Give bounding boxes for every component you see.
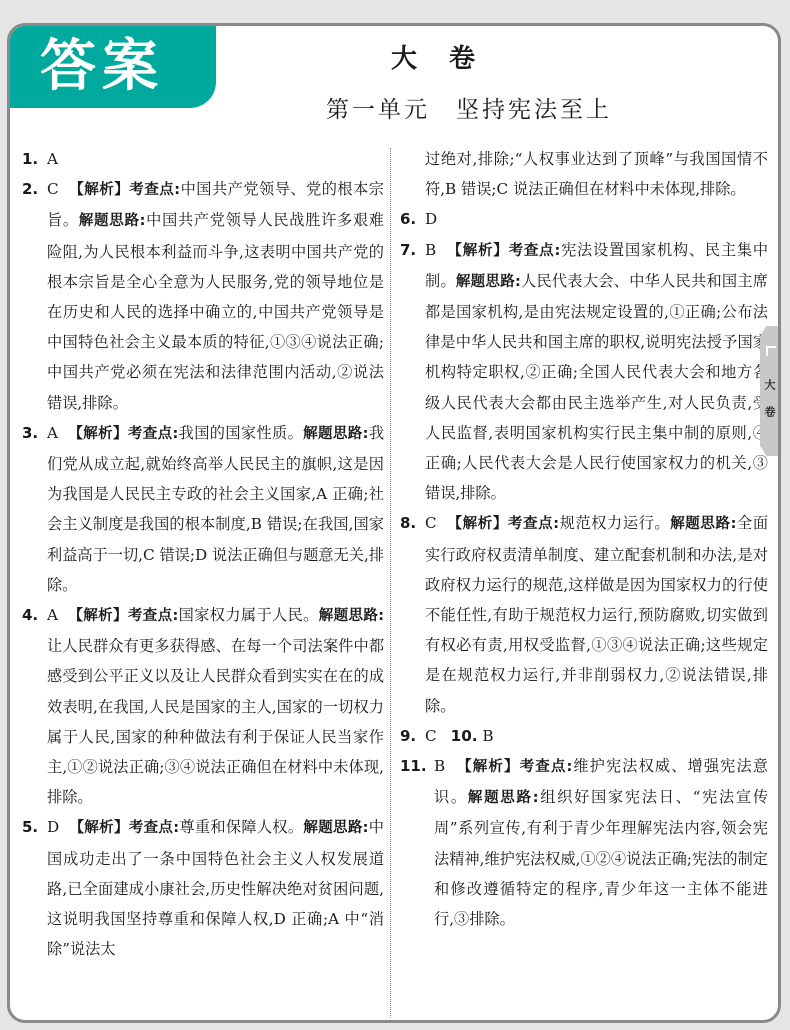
item-number: 9. [400, 721, 416, 751]
answer-item-4: 4. A 【解析】考查点:国家权力属于人民。解题思路:让人民群众有更多获得感、在… [22, 600, 384, 812]
solution-idea-label: 解题思路: [303, 820, 368, 836]
item-answer: D [425, 210, 437, 228]
solution-idea-label: 解题思路: [456, 274, 521, 290]
item-answer: A [47, 150, 58, 168]
item-number: 7. [400, 235, 416, 265]
analysis-tag: 【解析】 [68, 608, 128, 624]
item-number: 4. [22, 600, 38, 630]
item-answer: D [47, 818, 59, 836]
analysis-tag: 【解析】 [447, 243, 508, 259]
key-point: 规范权力运行。 [559, 514, 670, 532]
solution-idea: 让人民群众有更多获得感、在每一个司法案件中都感受到公平正义以及让人民群众看到实实… [47, 637, 384, 806]
answer-item-5: 5. D 【解析】考查点:尊重和保障人权。解题思路:中国成功走出了一条中国特色社… [22, 812, 384, 964]
column-divider [390, 148, 391, 1018]
item-answer: B [434, 757, 445, 775]
solution-idea-label: 解题思路: [303, 426, 368, 442]
item-number: 11. [400, 751, 427, 781]
answer-item-8: 8. C 【解析】考查点:规范权力运行。解题思路:全面实行政府权责清单制度、建立… [400, 508, 768, 720]
left-column: 1. A 2. C 【解析】考查点:中国共产党领导、党的根本宗旨。解题思路:中国… [22, 144, 384, 964]
analysis-tag: 【解析】 [69, 182, 129, 198]
key-point: 我国的国家性质。 [178, 424, 303, 442]
solution-idea-label: 解题思路: [670, 516, 736, 532]
analysis-tag: 【解析】 [68, 426, 128, 442]
section-side-tab[interactable]: 大卷 [760, 326, 778, 456]
answer-item-11: 11. B 【解析】考查点:维护宪法权威、增强宪法意识。解题思路:组织好国家宪法… [400, 751, 768, 934]
item-answer: B [482, 727, 493, 745]
analysis-tag: 【解析】 [457, 759, 520, 775]
solution-idea: 全面实行政府权责清单制度、建立配套机制和办法,是对政府权力运行的规范,这样做是因… [425, 514, 768, 714]
key-point-label: 考查点: [128, 608, 178, 624]
item-answer: C [47, 180, 59, 198]
corner-mark-icon [766, 346, 776, 356]
answer-page: 答案 大卷 第一单元 坚持宪法至上 1. A 2. C 【解析】考查点:中国共产… [7, 23, 781, 1023]
item-number: 6. [400, 204, 416, 234]
analysis-tag: 【解析】 [69, 820, 128, 836]
unit-title: 第一单元 坚持宪法至上 [10, 91, 778, 124]
answer-item-1: 1. A [22, 144, 384, 174]
solution-idea-label: 解题思路: [79, 213, 146, 229]
answer-item-7: 7. B 【解析】考查点:宪法设置国家机构、民主集中制。解题思路:人民代表大会、… [400, 235, 768, 509]
item-number: 1. [22, 144, 38, 174]
analysis-tag: 【解析】 [448, 516, 508, 532]
solution-idea: 组织好国家宪法日、“宪法宣传周”系列宣传,有利于青少年理解宪法内容,领会宪法精神… [434, 788, 768, 928]
key-point-label: 考查点: [520, 759, 573, 775]
key-point-label: 考查点: [509, 243, 561, 259]
solution-idea-label: 解题思路: [468, 790, 539, 806]
key-point: 国家权力属于人民。 [178, 606, 318, 624]
solution-idea: 我们党从成立起,就始终高举人民民主的旗帜,这是因为我国是人民民主专政的社会主义国… [47, 424, 384, 594]
solution-idea: 中国成功走出了一条中国特色社会主义人权发展道路,已全面建成小康社会,历史性解决绝… [47, 818, 384, 958]
solution-idea: 人民代表大会、中华人民共和国主席都是国家机构,是由宪法规定设置的,①正确;公布法… [425, 272, 768, 502]
answer-item-6: 6. D [400, 204, 768, 234]
key-point-label: 考查点: [128, 426, 178, 442]
item-number: 2. [22, 174, 38, 204]
solution-idea-label: 解题思路: [319, 608, 384, 624]
right-column: 过绝对,排除;“人权事业达到了顶峰”与我国国情不符,B 错误;C 说法正确但在材… [400, 144, 768, 934]
answer-item-2: 2. C 【解析】考查点:中国共产党领导、党的根本宗旨。解题思路:中国共产党领导… [22, 174, 384, 418]
page-title: 大卷 [10, 38, 778, 75]
item-answer: C [425, 514, 437, 532]
answer-item-9-10: 9. C10. B [400, 721, 768, 751]
item-number: 10. [451, 727, 478, 745]
item-answer: A [47, 424, 58, 442]
key-point: 尊重和保障人权。 [179, 818, 303, 836]
key-point-label: 考查点: [508, 516, 559, 532]
item-number: 3. [22, 418, 38, 448]
key-point-label: 考查点: [129, 820, 179, 836]
item-number: 8. [400, 508, 416, 538]
answer-item-3: 3. A 【解析】考查点:我国的国家性质。解题思路:我们党从成立起,就始终高举人… [22, 418, 384, 600]
item-answer: A [47, 606, 58, 624]
key-point-label: 考查点: [129, 182, 180, 198]
item-number: 5. [22, 812, 38, 842]
side-tab-label: 大卷 [763, 379, 776, 433]
item-answer: C [425, 727, 437, 745]
solution-idea: 中国共产党领导人民战胜许多艰难险阻,为人民根本利益而斗争,这表明中国共产党的根本… [47, 211, 384, 411]
item-answer: B [425, 241, 436, 259]
answer-item-5-continuation: 过绝对,排除;“人权事业达到了顶峰”与我国国情不符,B 错误;C 说法正确但在材… [400, 144, 768, 204]
